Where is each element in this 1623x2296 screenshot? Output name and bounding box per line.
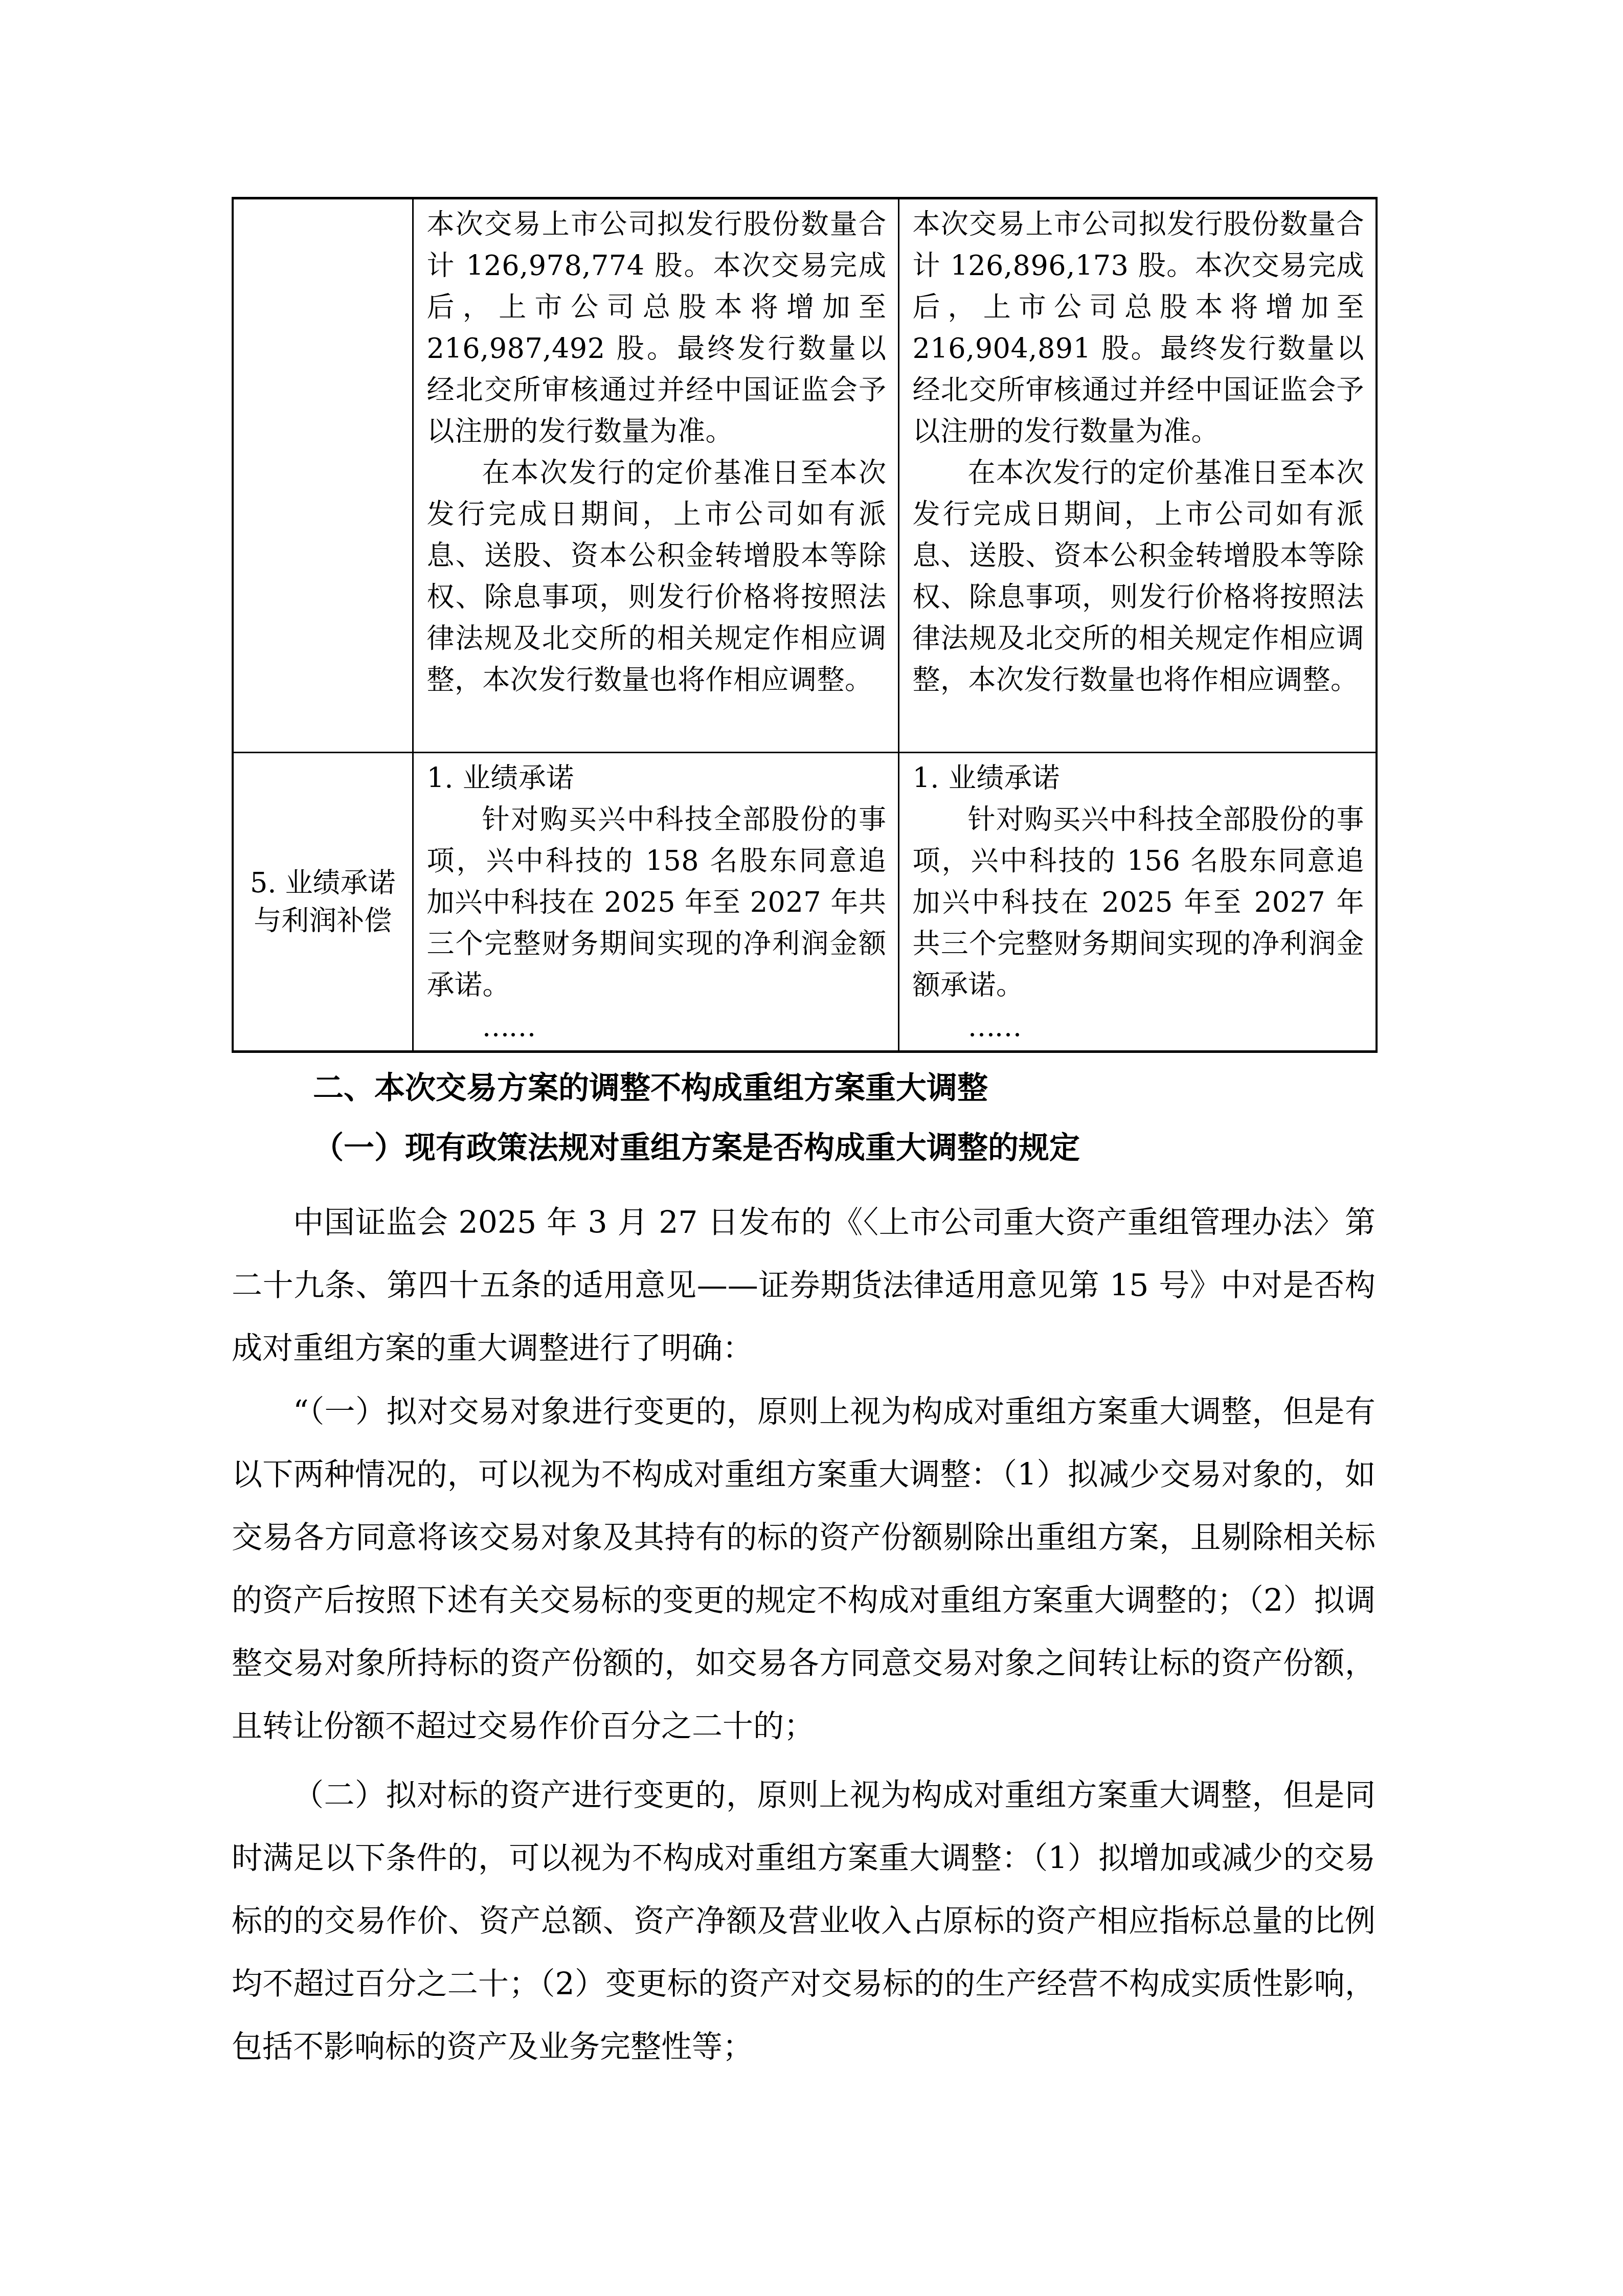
cell-subtitle: 1. 业绩承诺 <box>427 757 887 799</box>
cell-paragraph: 在本次发行的定价基准日至本次发行完成日期间，上市公司如有派息、送股、资本公积金转… <box>913 452 1365 701</box>
before-adjustment-cell: 本次交易上市公司拟发行股份数量合计 126,978,774 股。本次交易完成后，… <box>413 198 898 753</box>
table-row: 5. 业绩承诺 与利润补偿 1. 业绩承诺 针对购买兴中科技全部股份的事项，兴中… <box>233 753 1377 1052</box>
body-paragraph-block: 中国证监会 2025 年 3 月 27 日发布的《〈上市公司重大资产重组管理办法… <box>232 1191 1376 1380</box>
row-label-line: 5. 业绩承诺 <box>239 864 407 902</box>
cell-paragraph: 在本次发行的定价基准日至本次发行完成日期间，上市公司如有派息、送股、资本公积金转… <box>427 452 887 701</box>
comparison-table: 本次交易上市公司拟发行股份数量合计 126,978,774 股。本次交易完成后，… <box>232 197 1378 1053</box>
subsection-heading: （一）现有政策法规对重组方案是否构成重大调整的规定 <box>313 1128 1080 1168</box>
row-label-line: 与利润补偿 <box>239 902 407 940</box>
body-paragraph-block: “（一）拟对交易对象进行变更的，原则上视为构成对重组方案重大调整，但是有以下两种… <box>232 1381 1376 1758</box>
before-adjustment-cell: 1. 业绩承诺 针对购买兴中科技全部股份的事项，兴中科技的 158 名股东同意追… <box>413 753 898 1052</box>
ellipsis: …… <box>427 1006 887 1047</box>
ellipsis: …… <box>913 1006 1365 1047</box>
after-adjustment-cell: 1. 业绩承诺 针对购买兴中科技全部股份的事项，兴中科技的 156 名股东同意追… <box>898 753 1377 1052</box>
table-row: 本次交易上市公司拟发行股份数量合计 126,978,774 股。本次交易完成后，… <box>233 198 1377 753</box>
body-paragraph-block: （二）拟对标的资产进行变更的，原则上视为构成对重组方案重大调整，但是同时满足以下… <box>232 1764 1376 2079</box>
row-label-cell <box>233 198 413 753</box>
cell-paragraph: 针对购买兴中科技全部股份的事项，兴中科技的 158 名股东同意追加兴中科技在 2… <box>427 799 887 1006</box>
cell-paragraph: 本次交易上市公司拟发行股份数量合计 126,896,173 股。本次交易完成后，… <box>913 204 1365 452</box>
section-heading: 二、本次交易方案的调整不构成重组方案重大调整 <box>313 1068 988 1109</box>
after-adjustment-cell: 本次交易上市公司拟发行股份数量合计 126,896,173 股。本次交易完成后，… <box>898 198 1377 753</box>
body-paragraph: “（一）拟对交易对象进行变更的，原则上视为构成对重组方案重大调整，但是有以下两种… <box>232 1381 1376 1758</box>
body-paragraph: 中国证监会 2025 年 3 月 27 日发布的《〈上市公司重大资产重组管理办法… <box>232 1191 1376 1380</box>
row-label-cell: 5. 业绩承诺 与利润补偿 <box>233 753 413 1052</box>
cell-paragraph: 针对购买兴中科技全部股份的事项，兴中科技的 156 名股东同意追加兴中科技在 2… <box>913 799 1365 1006</box>
cell-paragraph: 本次交易上市公司拟发行股份数量合计 126,978,774 股。本次交易完成后，… <box>427 204 887 452</box>
body-paragraph: （二）拟对标的资产进行变更的，原则上视为构成对重组方案重大调整，但是同时满足以下… <box>232 1764 1376 2079</box>
document-page: 本次交易上市公司拟发行股份数量合计 126,978,774 股。本次交易完成后，… <box>0 0 1623 2296</box>
cell-subtitle: 1. 业绩承诺 <box>913 757 1365 799</box>
